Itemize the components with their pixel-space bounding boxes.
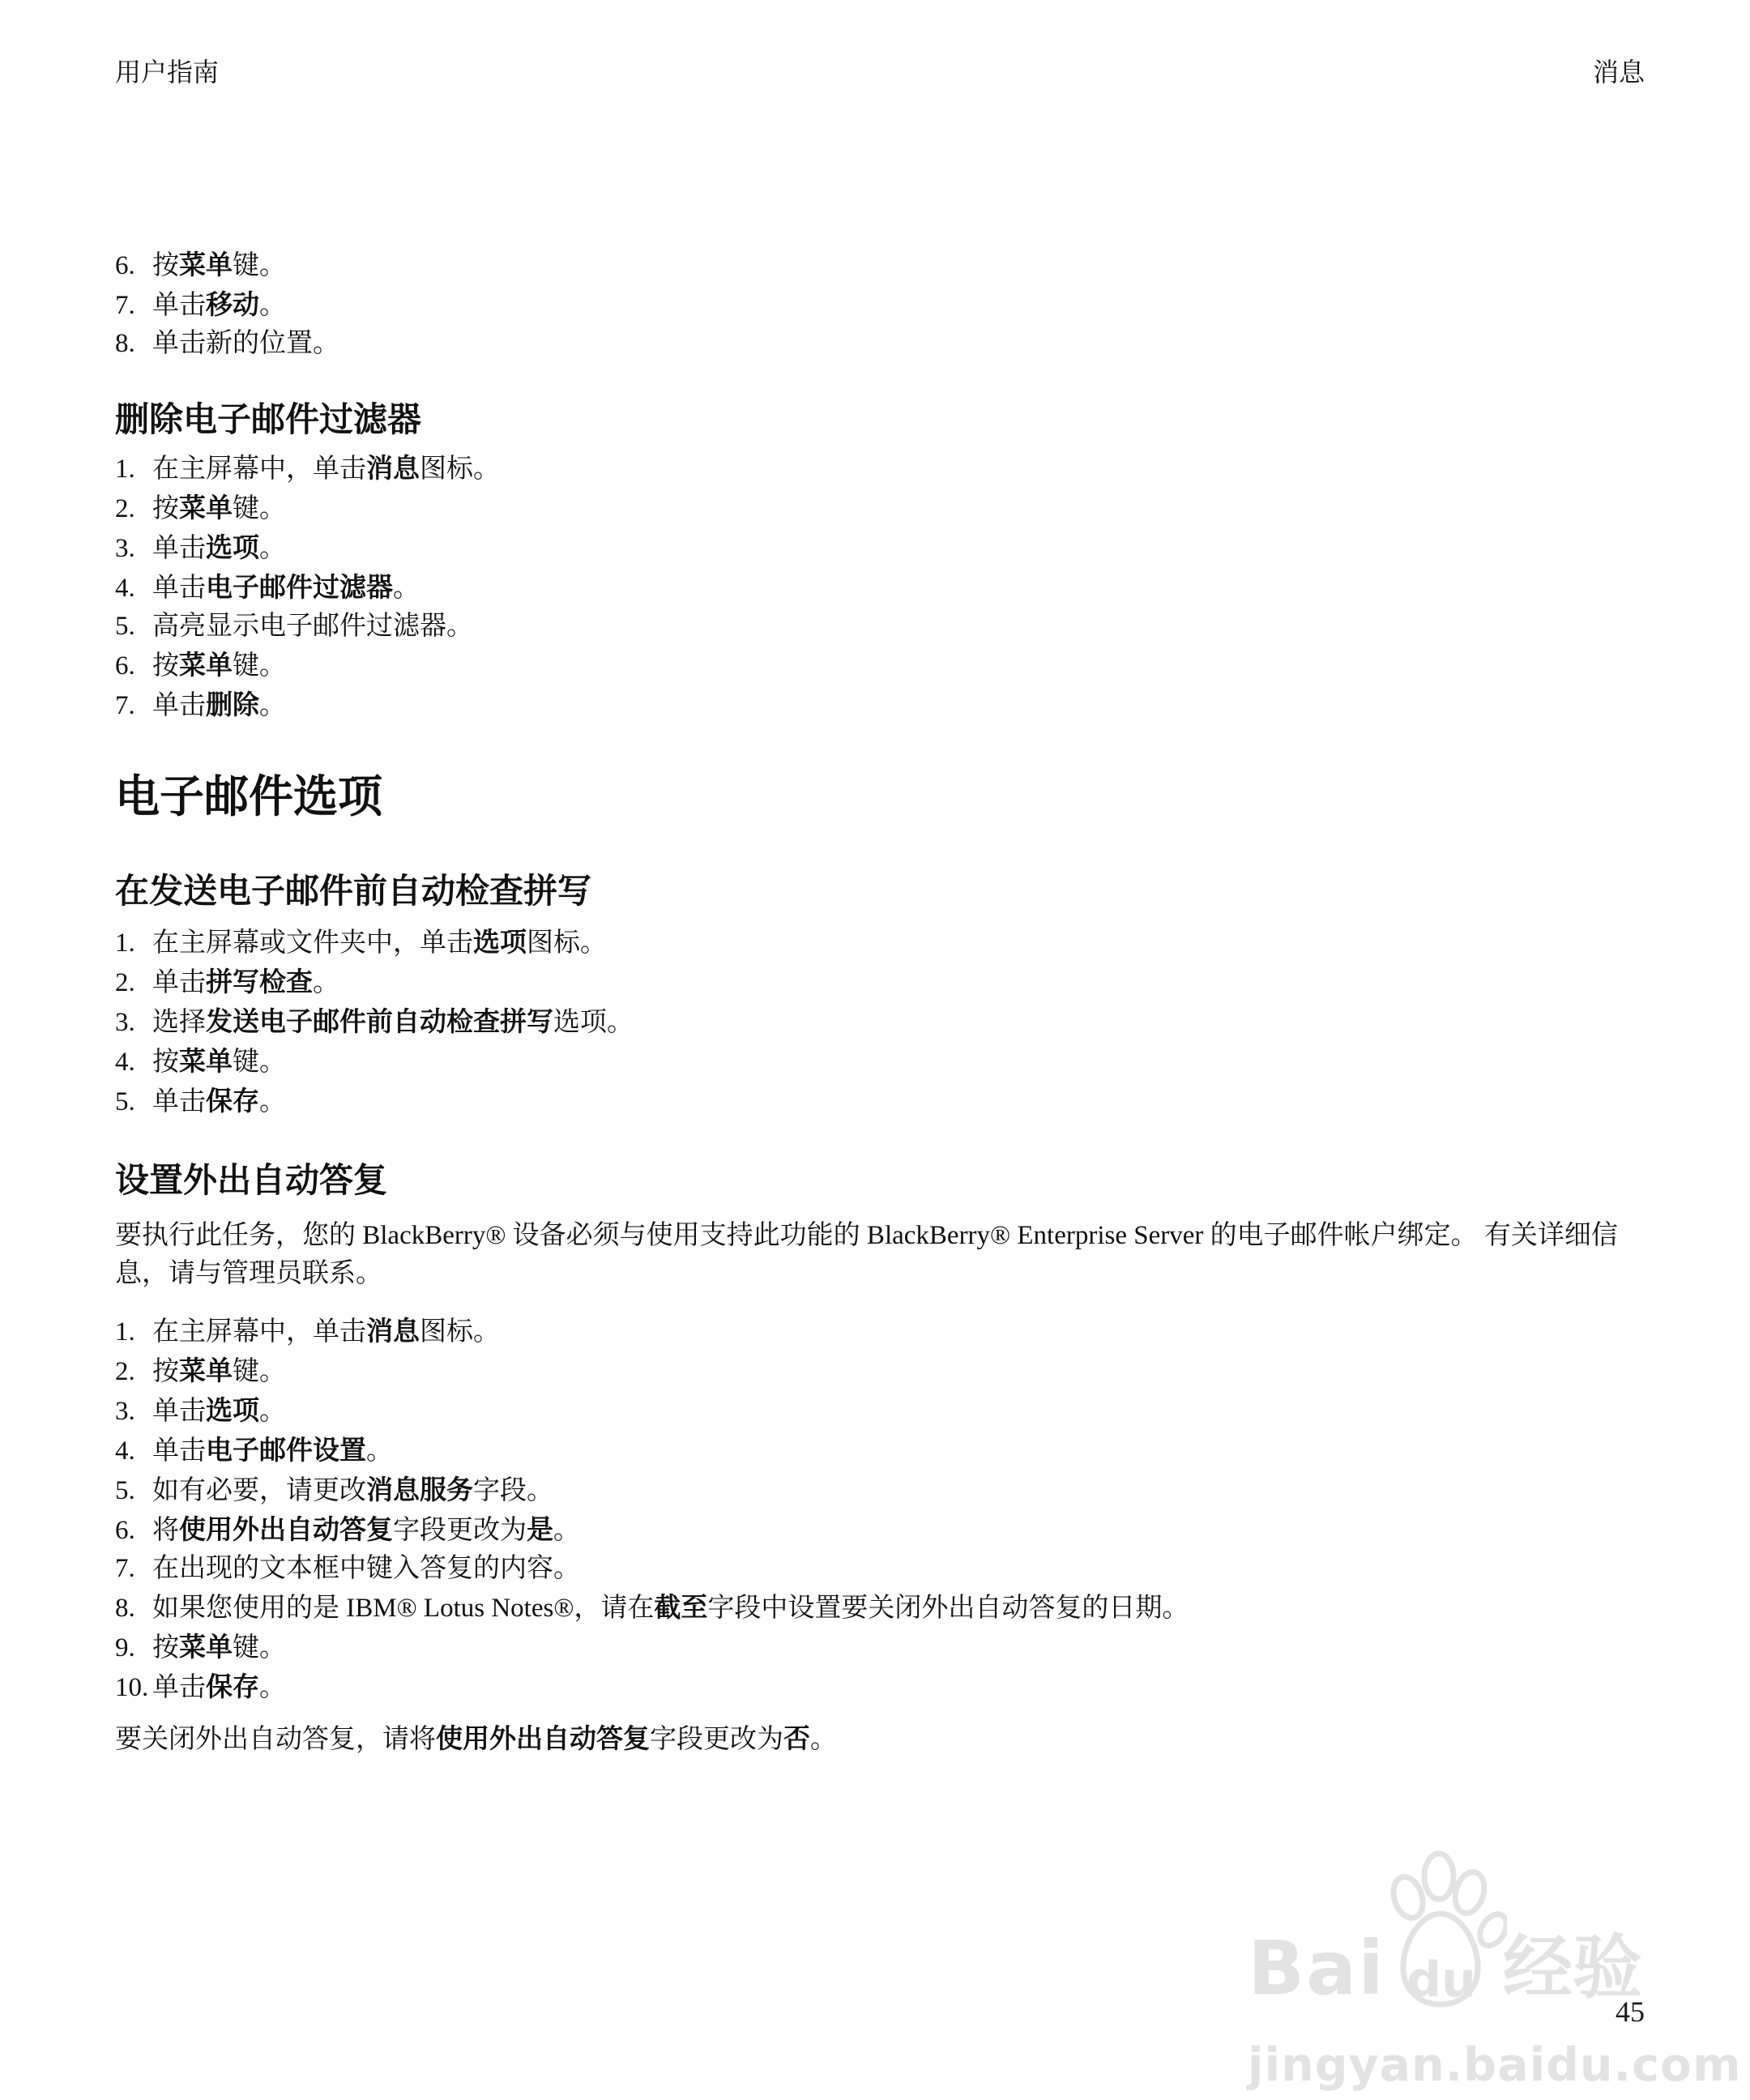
step-text: 单击电子邮件过滤器。 bbox=[152, 574, 420, 603]
step-item: 4.单击电子邮件过滤器。 bbox=[115, 568, 1645, 608]
step-item: 7.单击移动。 bbox=[115, 285, 1645, 325]
text-run: 单击 bbox=[152, 574, 206, 603]
step-item: 2.单击拼写检查。 bbox=[115, 962, 1645, 1002]
text-run: 键。 bbox=[233, 651, 286, 681]
step-item: 2.按菜单键。 bbox=[115, 489, 1645, 528]
text-run: 按 bbox=[152, 1048, 179, 1077]
watermark-domain: jingyan.baidu.com bbox=[1248, 2042, 1669, 2089]
emphasized-text: 删除 bbox=[206, 689, 259, 719]
step-text: 在主屏幕中，单击消息图标。 bbox=[152, 455, 500, 484]
step-item: 1.在主屏幕中，单击消息图标。 bbox=[115, 449, 1645, 489]
text-run: 键。 bbox=[233, 251, 286, 280]
text-run: 如果您使用的是 IBM® Lotus Notes®，请在 bbox=[152, 1594, 654, 1623]
step-text: 将使用外出自动答复字段更改为是。 bbox=[152, 1516, 580, 1545]
text-run: 单击 bbox=[152, 534, 206, 563]
step-item: 6.将使用外出自动答复字段更改为是。 bbox=[115, 1510, 1645, 1550]
text-run: 按 bbox=[152, 651, 179, 681]
step-text: 单击保存。 bbox=[152, 1673, 286, 1702]
step-item: 4.按菜单键。 bbox=[115, 1042, 1645, 1082]
text-run: 键。 bbox=[233, 1048, 286, 1077]
emphasized-text: 选项 bbox=[206, 532, 259, 562]
emphasized-text: 选项 bbox=[206, 1395, 259, 1425]
step-text: 在主屏幕中，单击消息图标。 bbox=[152, 1317, 500, 1347]
text-run: 。 bbox=[810, 1725, 837, 1754]
step-number: 4. bbox=[115, 1432, 152, 1470]
text-run: 在主屏幕或文件夹中，单击 bbox=[152, 928, 473, 958]
step-item: 1.在主屏幕中，单击消息图标。 bbox=[115, 1312, 1645, 1351]
step-number: 4. bbox=[115, 1044, 152, 1082]
text-run: 单击 bbox=[152, 968, 206, 997]
text-run: 。 bbox=[259, 1673, 286, 1702]
emphasized-text: 发送电子邮件前自动检查拼写 bbox=[206, 1006, 553, 1036]
emphasized-text: 菜单 bbox=[179, 1046, 233, 1076]
step-number: 10. bbox=[115, 1669, 152, 1707]
step-item: 8.单击新的位置。 bbox=[115, 325, 1645, 363]
step-number: 2. bbox=[115, 1353, 152, 1391]
text-run: 键。 bbox=[233, 1633, 286, 1662]
heading-autoreply: 设置外出自动答复 bbox=[115, 1163, 1645, 1197]
text-run: 在主屏幕中，单击 bbox=[152, 1317, 366, 1347]
autoreply-requirement-paragraph: 要执行此任务，您的 BlackBerry® 设备必须与使用支持此功能的 Blac… bbox=[115, 1217, 1645, 1293]
step-text: 按菜单键。 bbox=[152, 494, 286, 523]
step-number: 7. bbox=[115, 687, 152, 725]
step-item: 10.单击保存。 bbox=[115, 1667, 1645, 1707]
step-text: 选择发送电子邮件前自动检查拼写选项。 bbox=[152, 1008, 634, 1037]
text-run: 图标。 bbox=[527, 928, 607, 958]
step-number: 5. bbox=[115, 1472, 152, 1510]
watermark-brand-jingyan: 经验 bbox=[1503, 1933, 1642, 2003]
step-item: 6.按菜单键。 bbox=[115, 646, 1645, 685]
emphasized-text: 消息 bbox=[366, 1316, 420, 1346]
text-run: 字段。 bbox=[473, 1476, 553, 1505]
step-item: 2.按菜单键。 bbox=[115, 1351, 1645, 1391]
text-run: 要执行此任务，您的 BlackBerry® 设备必须与使用支持此功能的 Blac… bbox=[115, 1221, 1618, 1288]
step-item: 5.单击保存。 bbox=[115, 1082, 1645, 1121]
step-number: 3. bbox=[115, 530, 152, 568]
text-run: 单击 bbox=[152, 1397, 206, 1426]
baidu-jingyan-watermark: Bai du 经验 jingyan.baidu.com bbox=[1248, 1850, 1669, 2098]
text-run: 按 bbox=[152, 494, 179, 523]
text-run: 图标。 bbox=[420, 455, 500, 484]
step-number: 5. bbox=[115, 608, 152, 646]
step-number: 1. bbox=[115, 924, 152, 962]
step-number: 3. bbox=[115, 1004, 152, 1042]
text-run: 选项。 bbox=[553, 1008, 634, 1037]
step-item: 9.按菜单键。 bbox=[115, 1628, 1645, 1667]
emphasized-text: 保存 bbox=[206, 1671, 259, 1701]
delete-filter-steps: 1.在主屏幕中，单击消息图标。2.按菜单键。3.单击选项。4.单击电子邮件过滤器… bbox=[115, 449, 1645, 725]
text-run: 。 bbox=[313, 968, 339, 997]
step-number: 7. bbox=[115, 1550, 152, 1588]
emphasized-text: 使用外出自动答复 bbox=[179, 1514, 393, 1544]
text-run: 。 bbox=[366, 1436, 393, 1466]
watermark-brand-du: du bbox=[1406, 1956, 1476, 2004]
emphasized-text: 移动 bbox=[206, 289, 259, 319]
text-run: 单击 bbox=[152, 291, 206, 320]
text-run: 字段更改为 bbox=[650, 1725, 783, 1754]
step-item: 4.单击电子邮件设置。 bbox=[115, 1431, 1645, 1470]
text-run: 。 bbox=[393, 574, 420, 603]
text-run: 如有必要，请更改 bbox=[152, 1476, 366, 1505]
step-item: 3.单击选项。 bbox=[115, 1391, 1645, 1431]
step-item: 7.在出现的文本框中键入答复的内容。 bbox=[115, 1550, 1645, 1588]
step-item: 5.高亮显示电子邮件过滤器。 bbox=[115, 608, 1645, 646]
step-number: 1. bbox=[115, 450, 152, 489]
emphasized-text: 使用外出自动答复 bbox=[436, 1723, 650, 1753]
step-text: 单击选项。 bbox=[152, 534, 286, 563]
step-text: 单击电子邮件设置。 bbox=[152, 1436, 393, 1466]
text-run: 字段中设置要关闭外出自动答复的日期。 bbox=[707, 1594, 1189, 1623]
step-number: 8. bbox=[115, 325, 152, 363]
heading-spellcheck: 在发送电子邮件前自动检查拼写 bbox=[115, 874, 1645, 908]
watermark-brand-bai: Bai bbox=[1248, 1931, 1385, 2006]
step-text: 高亮显示电子邮件过滤器。 bbox=[152, 612, 473, 641]
text-run: 选择 bbox=[152, 1008, 206, 1037]
spellcheck-steps: 1.在主屏幕或文件夹中，单击选项图标。2.单击拼写检查。3.选择发送电子邮件前自… bbox=[115, 923, 1645, 1121]
step-number: 1. bbox=[115, 1313, 152, 1351]
emphasized-text: 否 bbox=[783, 1723, 810, 1753]
emphasized-text: 电子邮件过滤器 bbox=[206, 572, 393, 602]
step-text: 如果您使用的是 IBM® Lotus Notes®，请在截至字段中设置要关闭外出… bbox=[152, 1594, 1189, 1623]
text-run: 。 bbox=[259, 1087, 286, 1116]
emphasized-text: 菜单 bbox=[179, 650, 233, 680]
step-text: 按菜单键。 bbox=[152, 1048, 286, 1077]
step-number: 2. bbox=[115, 490, 152, 528]
text-run: 在出现的文本框中键入答复的内容。 bbox=[152, 1554, 580, 1583]
step-text: 如有必要，请更改消息服务字段。 bbox=[152, 1476, 553, 1505]
emphasized-text: 保存 bbox=[206, 1086, 259, 1116]
text-run: 键。 bbox=[233, 494, 286, 523]
step-item: 8.如果您使用的是 IBM® Lotus Notes®，请在截至字段中设置要关闭… bbox=[115, 1588, 1645, 1628]
autoreply-steps: 1.在主屏幕中，单击消息图标。2.按菜单键。3.单击选项。4.单击电子邮件设置。… bbox=[115, 1312, 1645, 1707]
text-run: 在主屏幕中，单击 bbox=[152, 455, 366, 484]
emphasized-text: 菜单 bbox=[179, 250, 233, 280]
heading-email-options: 电子邮件选项 bbox=[115, 775, 1645, 819]
text-run: 单击 bbox=[152, 691, 206, 720]
step-text: 在主屏幕或文件夹中，单击选项图标。 bbox=[152, 928, 607, 958]
text-run: 要关闭外出自动答复，请将 bbox=[115, 1725, 436, 1754]
step-item: 3.选择发送电子邮件前自动检查拼写选项。 bbox=[115, 1002, 1645, 1042]
running-header: 用户指南 消息 bbox=[115, 59, 1645, 86]
text-run: 。 bbox=[259, 1397, 286, 1426]
emphasized-text: 菜单 bbox=[179, 493, 233, 523]
step-item: 3.单击选项。 bbox=[115, 528, 1645, 568]
emphasized-text: 消息服务 bbox=[366, 1475, 473, 1505]
move-message-steps: 6.按菜单键。7.单击移动。8.单击新的位置。 bbox=[115, 245, 1645, 363]
autoreply-disable-paragraph: 要关闭外出自动答复，请将使用外出自动答复字段更改为否。 bbox=[115, 1719, 1645, 1759]
text-run: 单击 bbox=[152, 1673, 206, 1702]
step-text: 按菜单键。 bbox=[152, 251, 286, 280]
text-run: 键。 bbox=[233, 1357, 286, 1386]
step-number: 9. bbox=[115, 1629, 152, 1667]
text-run: 字段更改为 bbox=[393, 1516, 527, 1545]
emphasized-text: 拼写检查 bbox=[206, 967, 313, 997]
step-text: 单击选项。 bbox=[152, 1397, 286, 1426]
step-number: 2. bbox=[115, 964, 152, 1002]
text-run: 单击 bbox=[152, 1087, 206, 1116]
step-number: 7. bbox=[115, 287, 152, 325]
step-number: 6. bbox=[115, 1512, 152, 1550]
step-text: 单击移动。 bbox=[152, 291, 286, 320]
step-text: 单击新的位置。 bbox=[152, 329, 339, 358]
emphasized-text: 是 bbox=[527, 1514, 553, 1544]
step-number: 6. bbox=[115, 247, 152, 285]
step-text: 按菜单键。 bbox=[152, 1357, 286, 1386]
text-run: 高亮显示电子邮件过滤器。 bbox=[152, 612, 473, 641]
text-run: 。 bbox=[259, 291, 286, 320]
baidu-paw-icon: du bbox=[1377, 1850, 1507, 2029]
text-run: 。 bbox=[259, 534, 286, 563]
step-number: 6. bbox=[115, 647, 152, 685]
emphasized-text: 截至 bbox=[654, 1592, 707, 1622]
step-text: 单击拼写检查。 bbox=[152, 968, 339, 997]
step-text: 按菜单键。 bbox=[152, 1633, 286, 1662]
emphasized-text: 消息 bbox=[366, 453, 420, 483]
heading-delete-email-filter: 删除电子邮件过滤器 bbox=[115, 403, 1645, 437]
step-text: 单击删除。 bbox=[152, 691, 286, 720]
step-number: 5. bbox=[115, 1083, 152, 1121]
document-page: 用户指南 消息 6.按菜单键。7.单击移动。8.单击新的位置。 删除电子邮件过滤… bbox=[115, 0, 1645, 1759]
step-number: 3. bbox=[115, 1393, 152, 1431]
text-run: 按 bbox=[152, 251, 179, 280]
step-number: 4. bbox=[115, 570, 152, 608]
step-item: 7.单击删除。 bbox=[115, 685, 1645, 725]
step-item: 6.按菜单键。 bbox=[115, 245, 1645, 285]
emphasized-text: 电子邮件设置 bbox=[206, 1435, 366, 1465]
text-run: 。 bbox=[259, 691, 286, 720]
text-run: 。 bbox=[553, 1516, 580, 1545]
step-text: 单击保存。 bbox=[152, 1087, 286, 1116]
step-item: 1.在主屏幕或文件夹中，单击选项图标。 bbox=[115, 923, 1645, 962]
text-run: 单击 bbox=[152, 1436, 206, 1466]
header-doc-title: 用户指南 bbox=[115, 59, 219, 86]
text-run: 图标。 bbox=[420, 1317, 500, 1347]
text-run: 按 bbox=[152, 1357, 179, 1386]
step-number: 8. bbox=[115, 1590, 152, 1628]
emphasized-text: 选项 bbox=[473, 927, 527, 957]
header-section-title: 消息 bbox=[1593, 59, 1645, 86]
step-text: 在出现的文本框中键入答复的内容。 bbox=[152, 1554, 580, 1583]
emphasized-text: 菜单 bbox=[179, 1355, 233, 1385]
page-number: 45 bbox=[1616, 1996, 1645, 2027]
emphasized-text: 菜单 bbox=[179, 1632, 233, 1662]
text-run: 将 bbox=[152, 1516, 179, 1545]
step-text: 按菜单键。 bbox=[152, 651, 286, 681]
text-run: 单击新的位置。 bbox=[152, 329, 339, 358]
text-run: 按 bbox=[152, 1633, 179, 1662]
step-item: 5.如有必要，请更改消息服务字段。 bbox=[115, 1470, 1645, 1510]
